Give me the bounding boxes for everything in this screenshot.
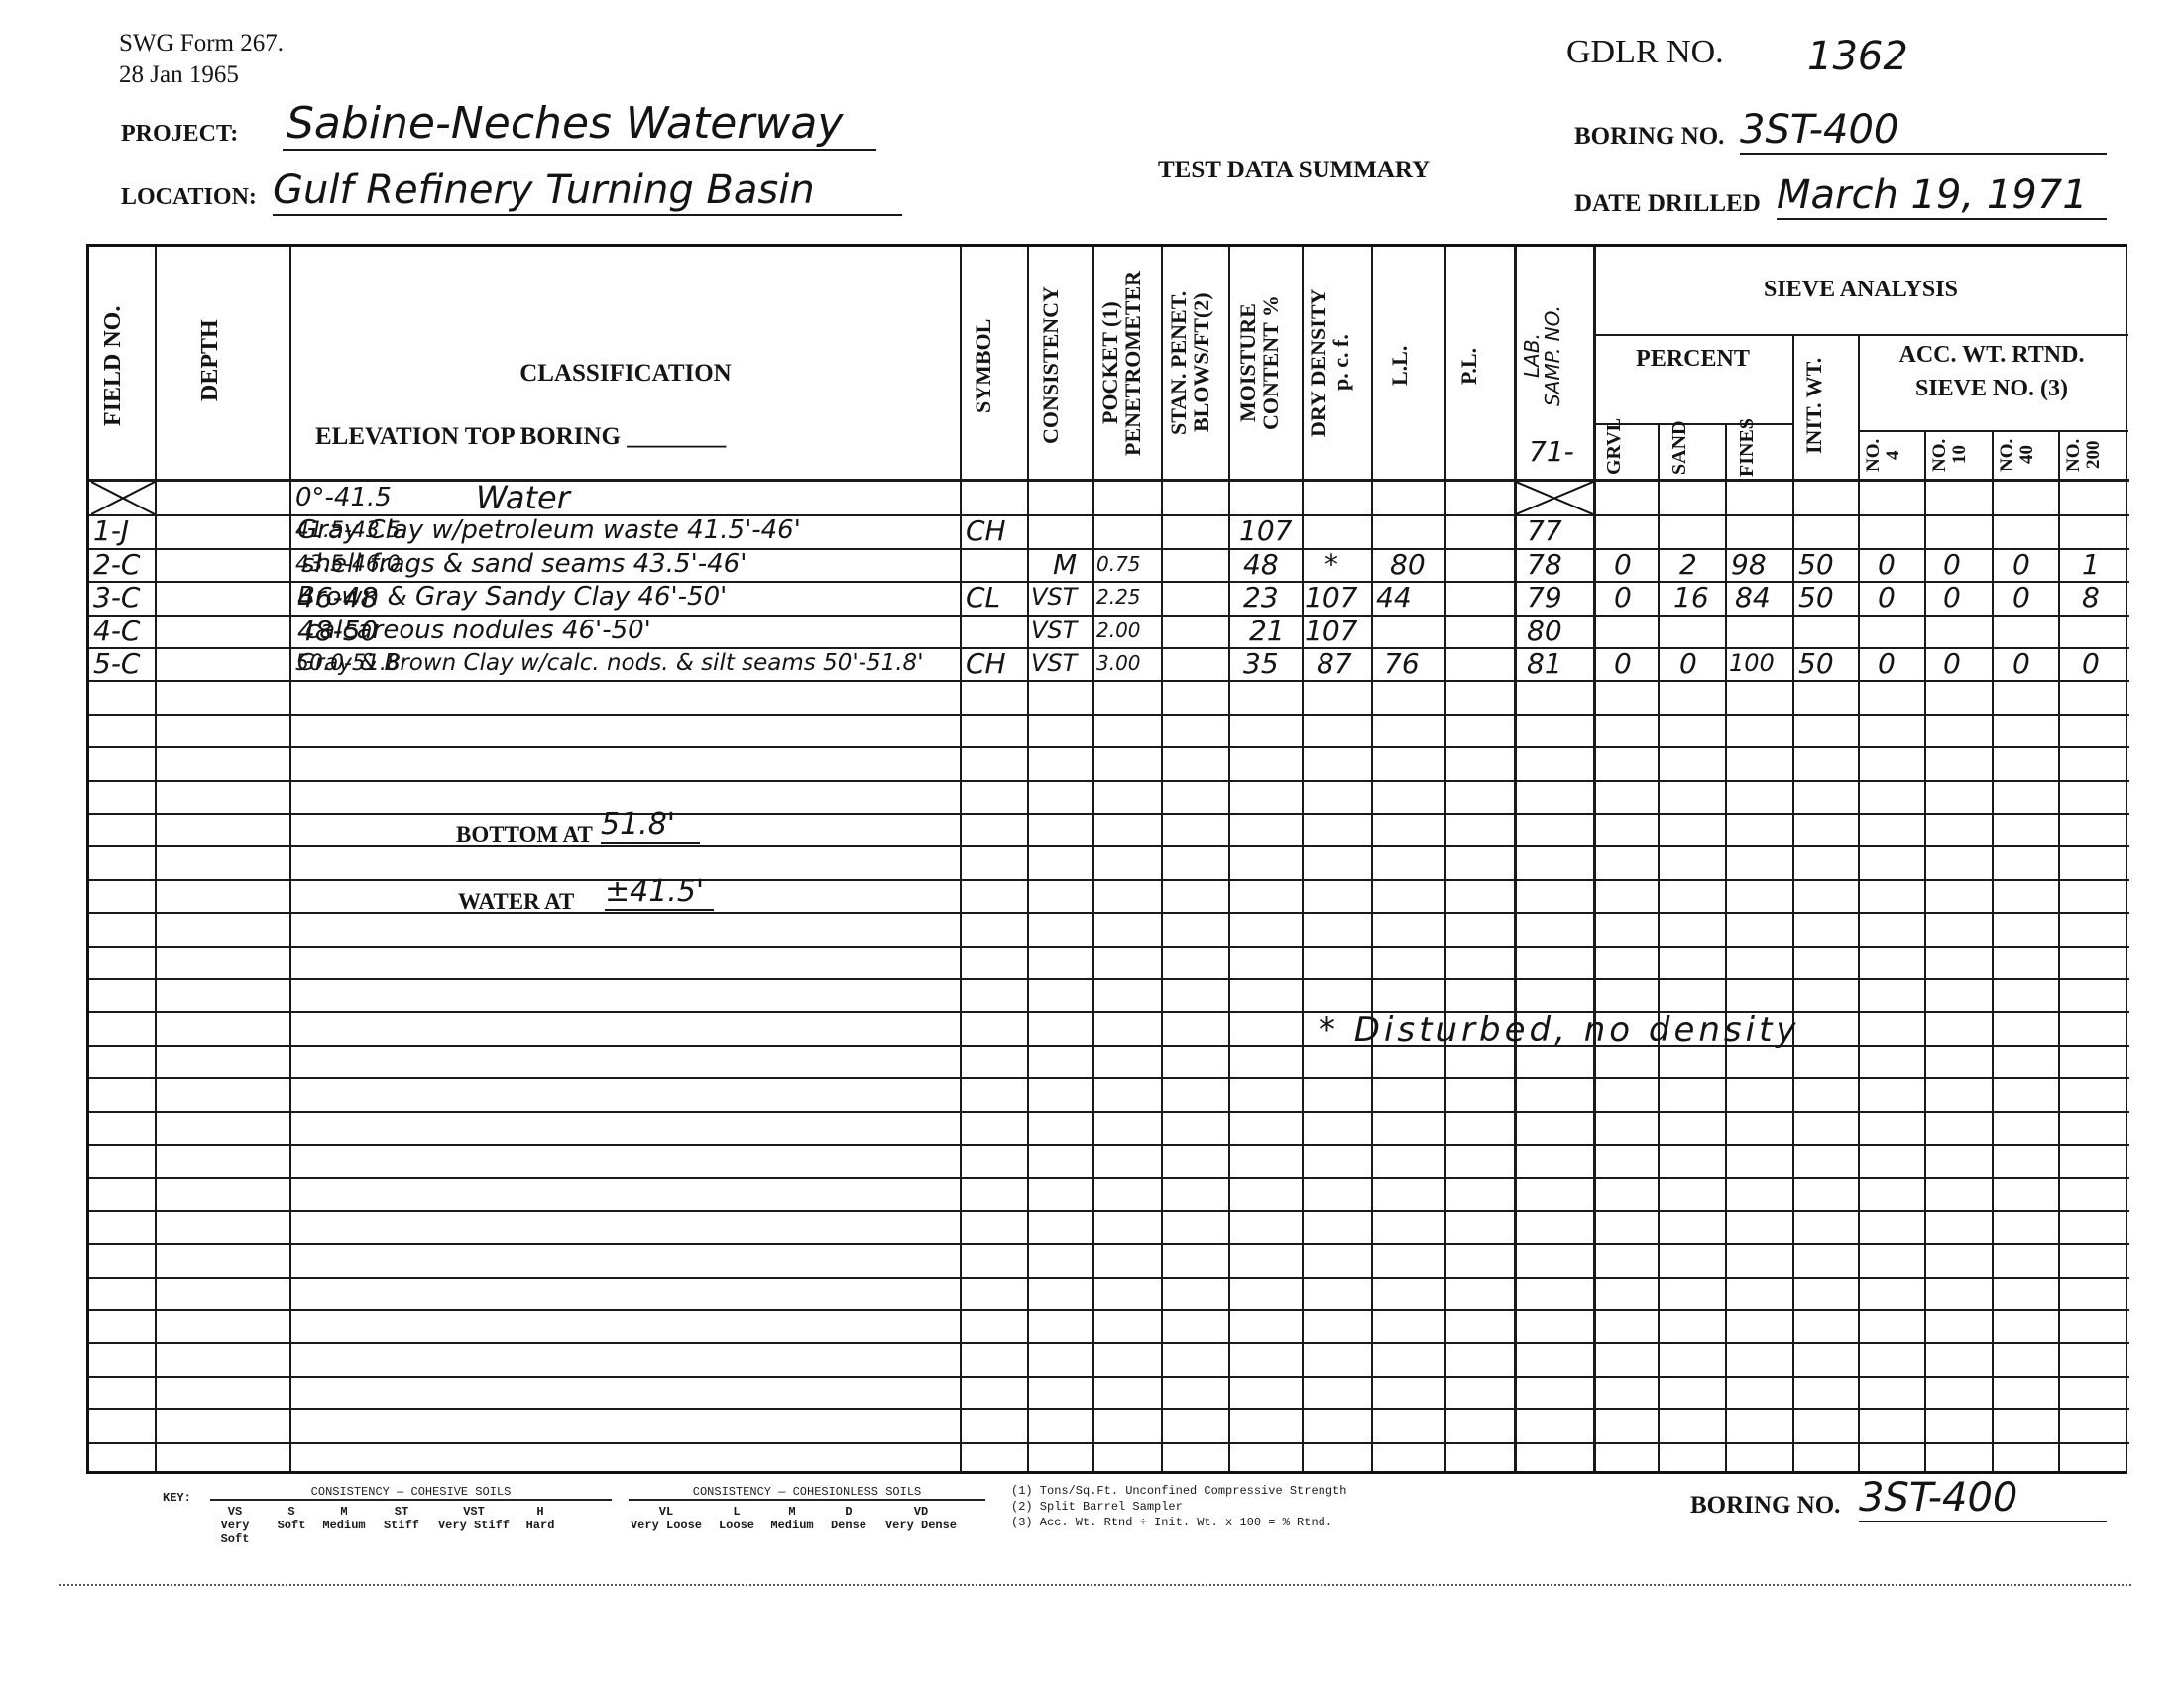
init-wt-cell: 50 [1798, 548, 1834, 581]
symbol-cell: CL [966, 581, 1000, 614]
pocket-cell: 2.00 [1096, 615, 1141, 647]
field-no-cell: 1-J [93, 514, 129, 547]
header-no-4: NO. 4 [1864, 435, 1919, 475]
key-item: SSoft [274, 1505, 309, 1546]
key-abbr: VS [206, 1505, 264, 1519]
row-divider [89, 1442, 2129, 1444]
moisture-cell: 21 [1249, 615, 1285, 647]
project-value: Sabine-Neches Waterway [283, 99, 876, 151]
header-sand: SAND [1669, 431, 1713, 475]
row-divider [89, 1277, 2129, 1279]
classification-cell: Gray & Brown Clay w/calc. nods. & silt s… [295, 647, 924, 680]
header-dry-density: DRY DENSITY p. c. f. [1307, 253, 1366, 473]
date-drilled-label: DATE DRILLED [1574, 190, 1761, 218]
key-item: LLoose [716, 1505, 757, 1532]
header-sieve-no: SIEVE NO. (3) [1858, 376, 2126, 402]
no10-cell: 0 [1943, 647, 1961, 680]
key-meaning: Medium [319, 1519, 369, 1532]
key-abbr: S [274, 1505, 309, 1519]
sand-cell: 2 [1679, 548, 1697, 581]
ll-cell: 44 [1376, 581, 1412, 614]
classification-cell: Water [476, 482, 570, 514]
header-no-200: NO. 200 [2064, 435, 2120, 475]
consistency-cell: M [1053, 548, 1077, 581]
row-divider [89, 1210, 2129, 1212]
grvl-cell: 0 [1614, 581, 1632, 614]
key-abbr: H [523, 1505, 557, 1519]
key-abbr: VD [880, 1505, 962, 1519]
key-item: VLVery Loose [627, 1505, 706, 1532]
symbol-cell: CH [966, 514, 1006, 547]
ll-cell: 76 [1384, 647, 1420, 680]
fines-cell: 98 [1731, 548, 1767, 581]
footnotes: (1) Tons/Sq.Ft. Unconfined Compressive S… [1011, 1483, 1346, 1530]
lab-samp-cell: 79 [1527, 581, 1562, 614]
footnote-2: (2) Split Barrel Sampler [1011, 1499, 1346, 1515]
footnote-1: (1) Tons/Sq.Ft. Unconfined Compressive S… [1011, 1483, 1346, 1499]
no4-cell: 0 [1878, 548, 1896, 581]
date-drilled-value: March 19, 1971 [1777, 172, 2107, 220]
key-meaning: Dense [827, 1519, 870, 1532]
header-plastic-limit: P.L. [1457, 267, 1501, 465]
classification-cell: Brown & Gray Sandy Clay 46'-50' [295, 581, 727, 614]
fines-cell: 100 [1729, 647, 1775, 680]
footnote-3: (3) Acc. Wt. Rtnd ÷ Init. Wt. x 100 = % … [1011, 1515, 1346, 1530]
row-divider [89, 879, 2129, 881]
no10-cell: 0 [1943, 581, 1961, 614]
row-divider [89, 1077, 2129, 1079]
key-meaning: Very Loose [627, 1519, 706, 1532]
no200-cell: 8 [2082, 581, 2100, 614]
header-moisture-content: MOISTURE CONTENT % [1236, 253, 1296, 473]
key-meaning: Very Dense [880, 1519, 962, 1532]
dry-density-cell: * [1324, 548, 1338, 581]
footer-boring-value: 3ST-400 [1859, 1475, 2107, 1522]
header-field-no: FIELD NO. [101, 267, 145, 465]
header-pocket-penetrometer: POCKET (1) PENETROMETER [1098, 253, 1154, 473]
key-item: MMedium [319, 1505, 369, 1546]
classification-cell: shell frags & sand seams 43.5'-46' [301, 548, 747, 581]
key-meaning: Stiff [379, 1519, 424, 1532]
key-meaning: Very Stiff [434, 1519, 514, 1532]
header-elevation-top-boring: ELEVATION TOP BORING ________ [315, 423, 726, 451]
header-classification: CLASSIFICATION [291, 360, 960, 388]
grvl-cell: 0 [1614, 548, 1632, 581]
x-mark-icon [1516, 482, 1593, 514]
key-meaning: Soft [274, 1519, 309, 1532]
cohesive-soils-title: CONSISTENCY — COHESIVE SOILS [210, 1485, 612, 1501]
moisture-cell: 23 [1243, 581, 1279, 614]
key-meaning: Medium [767, 1519, 817, 1532]
field-no-cell: 2-C [93, 548, 140, 581]
no40-cell: 0 [2012, 581, 2030, 614]
lab-samp-cell: 81 [1527, 647, 1562, 680]
gdlr-value: 1362 [1807, 34, 1908, 79]
no200-cell: 1 [2082, 548, 2100, 581]
header-consistency: CONSISTENCY [1039, 257, 1083, 475]
key-item: DDense [827, 1505, 870, 1532]
header-symbol: SYMBOL [972, 267, 1015, 465]
row-divider [89, 912, 2129, 914]
moisture-cell: 48 [1243, 548, 1279, 581]
row-divider [89, 1309, 2129, 1311]
field-no-cell: 4-C [93, 615, 140, 647]
depth-cell: 0°-41.5 [295, 482, 392, 514]
bottom-at-value: 51.8' [601, 808, 700, 844]
row-divider [89, 1011, 2129, 1013]
key-abbr: ST [379, 1505, 424, 1519]
key-item: VDVery Dense [880, 1505, 962, 1532]
cohesive-key-list: VSVery Soft SSoft MMedium STStiff VSTVer… [206, 1505, 557, 1546]
dry-density-cell: 107 [1305, 615, 1357, 647]
no40-cell: 0 [2012, 647, 2030, 680]
header-liquid-limit: L.L. [1388, 267, 1432, 465]
row-divider [89, 978, 2129, 980]
row-divider [89, 1408, 2129, 1410]
key-meaning: Hard [523, 1519, 557, 1532]
no4-cell: 0 [1878, 581, 1896, 614]
lab-samp-cell: 80 [1527, 615, 1562, 647]
row-divider [89, 746, 2129, 748]
lab-samp-cell: 78 [1527, 548, 1562, 581]
density-note: * Disturbed, no density [1319, 1010, 1800, 1050]
header-stan-penet: STAN. PENET. BLOWS/FT(2) [1167, 253, 1222, 473]
key-abbr: VL [627, 1505, 706, 1519]
sand-cell: 16 [1673, 581, 1709, 614]
boring-value: 3ST-400 [1740, 107, 2107, 155]
row-divider [89, 780, 2129, 782]
pocket-cell: 0.75 [1096, 548, 1141, 581]
no200-cell: 0 [2082, 647, 2100, 680]
header-acc-wt-rtnd: ACC. WT. RTND. [1858, 342, 2126, 369]
page-edge-divider [59, 1584, 2131, 1586]
row-divider [89, 1243, 2129, 1245]
field-no-cell: 3-C [93, 581, 140, 614]
document-title: TEST DATA SUMMARY [1158, 157, 1430, 184]
moisture-cell: 35 [1243, 647, 1279, 680]
row-divider [89, 1177, 2129, 1179]
header-lab-samp-no: LAB. SAMP. NO. [1522, 286, 1581, 425]
key-abbr: L [716, 1505, 757, 1519]
symbol-cell: CH [966, 647, 1006, 680]
row-divider [89, 1144, 2129, 1146]
dry-density-cell: 107 [1305, 581, 1357, 614]
init-wt-cell: 50 [1798, 581, 1834, 614]
pocket-cell: 2.25 [1096, 581, 1141, 614]
boring-label: BORING NO. [1574, 123, 1724, 151]
no4-cell: 0 [1878, 647, 1896, 680]
sand-cell: 0 [1679, 647, 1697, 680]
key-meaning: Very Soft [206, 1519, 264, 1546]
location-value: Gulf Refinery Turning Basin [273, 167, 902, 216]
cohesionless-soils-title: CONSISTENCY — COHESIONLESS SOILS [629, 1485, 985, 1501]
header-fines: FINES [1737, 427, 1781, 477]
form-id: SWG Form 267. [119, 30, 284, 57]
lab-samp-cell: 77 [1527, 514, 1562, 547]
key-item: VSVery Soft [206, 1505, 264, 1546]
footer-boring-label: BORING NO. [1690, 1492, 1840, 1520]
consistency-cell: VST [1031, 581, 1077, 614]
gdlr-label: GDLR NO. [1566, 34, 1724, 71]
header-depth: DEPTH [198, 277, 242, 445]
fines-cell: 84 [1735, 581, 1771, 614]
location-label: LOCATION: [121, 184, 257, 211]
water-at-value: ±41.5' [605, 875, 714, 911]
classification-cell: Gray Clay w/petroleum waste 41.5'-46' [295, 514, 801, 547]
row-divider [89, 1111, 2129, 1113]
row-divider [89, 946, 2129, 948]
form-date: 28 Jan 1965 [119, 61, 239, 89]
header-sieve-analysis: SIEVE ANALYSIS [1593, 277, 2128, 303]
key-item: STStiff [379, 1505, 424, 1546]
test-data-table: FIELD NO. DEPTH CLASSIFICATION ELEVATION… [86, 244, 2127, 1474]
grvl-cell: 0 [1614, 647, 1632, 680]
water-at-label: WATER AT [458, 889, 574, 915]
header-grvl: GRVL [1604, 431, 1648, 475]
field-no-cell: 5-C [93, 647, 140, 680]
no40-cell: 0 [2012, 548, 2030, 581]
row-divider [89, 1342, 2129, 1344]
key-item: HHard [523, 1505, 557, 1546]
row-divider [89, 714, 2129, 716]
ll-cell: 80 [1390, 548, 1426, 581]
row-divider [89, 813, 2129, 815]
dry-density-cell: 87 [1317, 647, 1352, 680]
header-no-10: NO. 10 [1930, 435, 1986, 475]
init-wt-cell: 50 [1798, 647, 1834, 680]
header-percent: PERCENT [1593, 346, 1792, 373]
no10-cell: 0 [1943, 548, 1961, 581]
moisture-cell: 107 [1239, 514, 1292, 547]
consistency-cell: VST [1031, 647, 1077, 680]
header-no-40: NO. 40 [1998, 435, 2053, 475]
x-mark-icon [91, 482, 155, 514]
header-lab-prefix: 71- [1529, 435, 1574, 468]
bottom-at-label: BOTTOM AT [456, 822, 593, 847]
row-divider [89, 1376, 2129, 1378]
pocket-cell: 3.00 [1096, 647, 1141, 680]
header-init-wt: INIT. WT. [1802, 336, 1846, 475]
cohesionless-key-list: VLVery Loose LLoose MMedium DDense VDVer… [627, 1505, 962, 1532]
key-abbr: VST [434, 1505, 514, 1519]
project-label: PROJECT: [121, 121, 238, 148]
key-meaning: Loose [716, 1519, 757, 1532]
key-item: MMedium [767, 1505, 817, 1532]
row-divider [89, 845, 2129, 847]
key-abbr: M [319, 1505, 369, 1519]
key-label: KEY: [163, 1491, 191, 1505]
row-divider [89, 1045, 2129, 1047]
row-divider [89, 680, 2129, 682]
key-abbr: M [767, 1505, 817, 1519]
key-item: VSTVery Stiff [434, 1505, 514, 1546]
classification-cell: calcareous nodules 46'-50' [305, 615, 651, 647]
key-abbr: D [827, 1505, 870, 1519]
consistency-cell: VST [1031, 615, 1077, 647]
